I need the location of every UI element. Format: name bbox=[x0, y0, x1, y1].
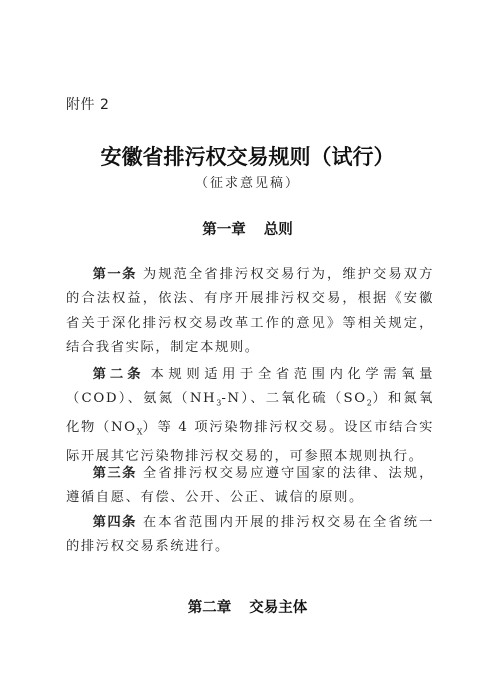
chapter-number: 第二章 bbox=[188, 600, 232, 616]
chapter-heading-1: 第一章总则 bbox=[0, 218, 495, 239]
article-number: 第一条 bbox=[93, 267, 137, 282]
document-page: 附件 2 安徽省排污权交易规则（试行） （征求意见稿） 第一章总则 第一条为规范… bbox=[0, 0, 495, 699]
article-number: 第四条 bbox=[93, 515, 137, 530]
article-number: 第三条 bbox=[93, 466, 137, 481]
chapter-number: 第一章 bbox=[202, 222, 246, 238]
article-3: 第三条全省排污权交易应遵守国家的法律、法规，遵循自愿、有偿、公开、公正、诚信的原… bbox=[66, 462, 434, 511]
chapter-heading-2: 第二章交易主体 bbox=[0, 596, 495, 617]
document-subtitle: （征求意见稿） bbox=[0, 172, 495, 191]
article-4: 第四条在本省范围内开展的排污权交易在全省统一的排污权交易系统进行。 bbox=[66, 511, 434, 560]
chapter-name: 总则 bbox=[264, 222, 293, 238]
attachment-label: 附件 2 bbox=[66, 94, 109, 114]
chapter-name: 交易主体 bbox=[249, 600, 307, 616]
article-number: 第二条 bbox=[93, 367, 145, 382]
article-2: 第二条本规则适用于全省范围内化学需氧量（COD）、氨氮（NH3-N）、二氧化硫（… bbox=[66, 363, 434, 470]
article-1: 第一条为规范全省排污权交易行为，维护交易双方的合法权益，依法、有序开展排污权交易… bbox=[66, 263, 434, 360]
document-title: 安徽省排污权交易规则（试行） bbox=[0, 141, 495, 171]
